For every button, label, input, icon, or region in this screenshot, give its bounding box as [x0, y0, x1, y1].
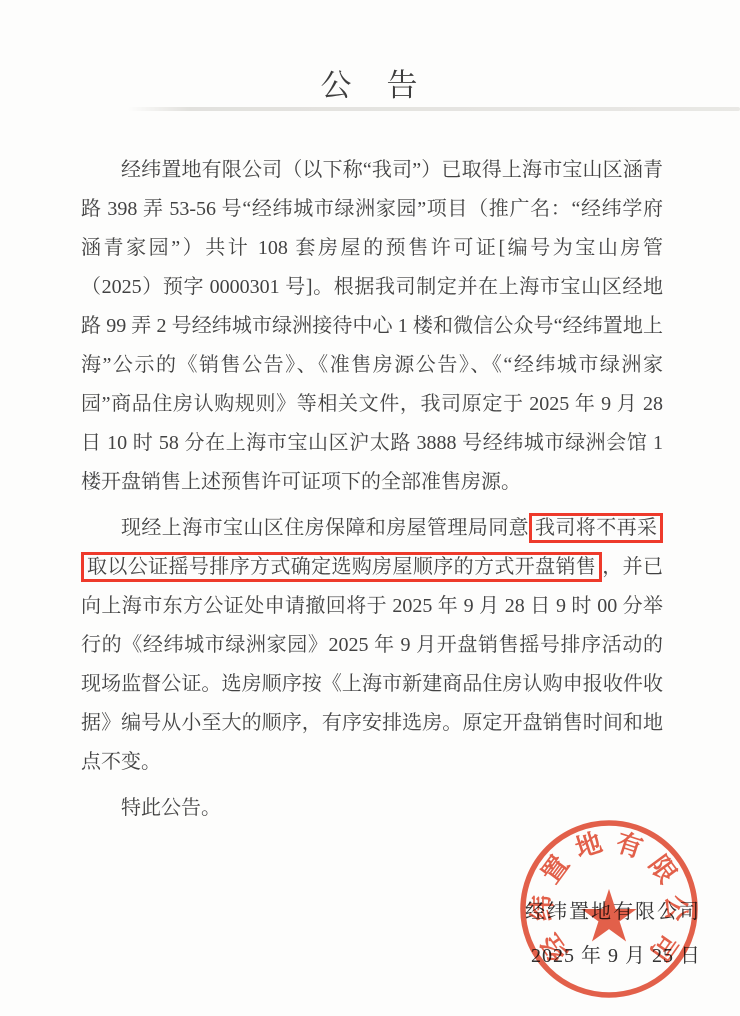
- seal-ring-char: 地: [572, 828, 606, 864]
- seal-ring-char: 公: [661, 895, 690, 921]
- seal-ring-char: 纬: [528, 895, 557, 921]
- text-segment: ，并已向上海市东方公证处申请撤回将于 2025 年 9 月 28 日 9 时 0…: [81, 556, 663, 773]
- document-body: 经纬置地有限公司（以下称“我司”）已取得上海市宝山区涵青路 398 弄 53-5…: [81, 151, 663, 828]
- page-title: 公 告: [0, 60, 740, 105]
- paragraph: 经纬置地有限公司（以下称“我司”）已取得上海市宝山区涵青路 398 弄 53-5…: [81, 151, 663, 502]
- company-seal: 经纬置地有限公司: [508, 808, 710, 1010]
- paragraph: 现经上海市宝山区住房保障和房屋管理局同意我司将不再采取以公证摇号排序方式确定选购…: [81, 509, 663, 782]
- announcement-page: 公 告 经纬置地有限公司（以下称“我司”）已取得上海市宝山区涵青路 398 弄 …: [0, 0, 740, 1016]
- text-segment: 特此公告。: [121, 797, 221, 819]
- scan-artifact-line: [128, 107, 740, 111]
- text-segment: 现经上海市宝山区住房保障和房屋管理局同意: [121, 517, 529, 539]
- star-icon: [581, 889, 636, 942]
- seal-ring-char: 有: [613, 828, 647, 864]
- text-segment: 经纬置地有限公司（以下称“我司”）已取得上海市宝山区涵青路 398 弄 53-5…: [81, 159, 663, 493]
